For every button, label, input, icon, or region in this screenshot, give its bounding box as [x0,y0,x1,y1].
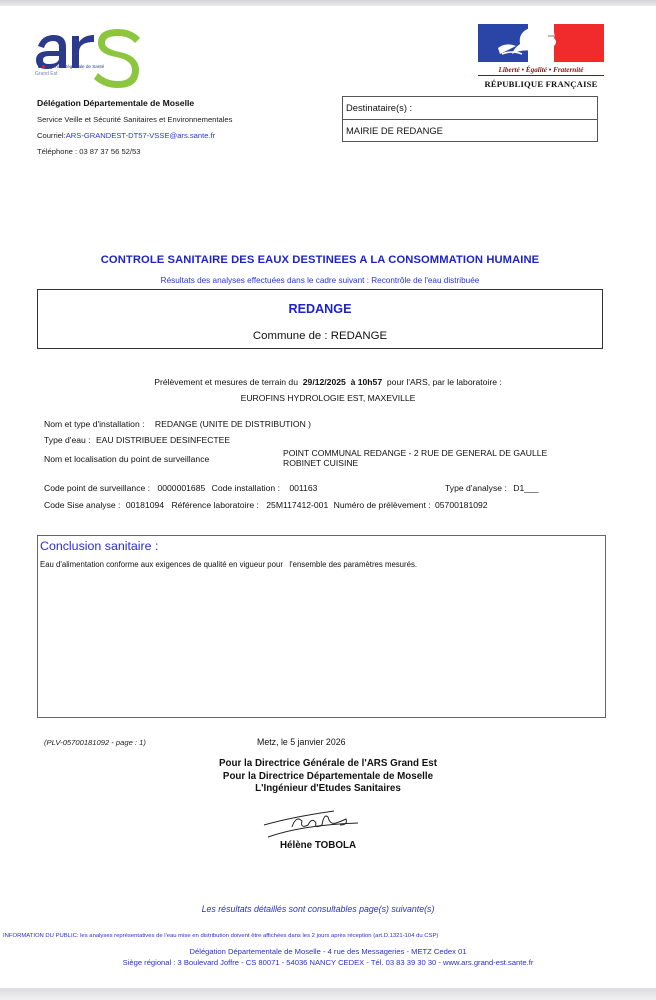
conclusion-text: Eau d'alimentation conforme aux exigence… [40,560,417,569]
marianne-flag-icon [478,24,604,62]
ars-logo-icon [32,22,152,92]
headquarters-address: Siège régional : 3 Boulevard Joffre - CS… [0,958,656,967]
signer-name: Hélène TOBOLA [0,840,636,851]
laboratory-name: EUROFINS HYDROLOGIE EST, MAXEVILLE [0,390,656,406]
commune-label: Commune de : REDANGE [38,330,602,342]
public-information: INFORMATION DU PUBLIC: les analyses repr… [3,933,653,939]
commune-box: REDANGE Commune de : REDANGE [37,289,603,349]
conclusion-title: Conclusion sanitaire : [40,539,158,553]
email-link[interactable]: ARS-GRANDEST-DT57-VSSE@ars.sante.fr [66,131,216,140]
sender-block: Délégation Départementale de Moselle Ser… [37,94,232,160]
page-reference: (PLV-05700181092 - page : 1) [44,738,146,747]
analysis-type-row: Type d'analyse : D1___ [445,483,539,493]
republic-motto: Liberté • Égalité • Fraternité [478,66,604,76]
sender-email-line: Courriel:ARS-GRANDEST-DT57-VSSE@ars.sant… [37,128,232,144]
republic-name: RÉPUBLIQUE FRANÇAISE [478,79,604,89]
detailed-results-note: Les résultats détaillés sont consultable… [0,904,636,914]
installation-row: Nom et type d'installation : REDANGE (UN… [44,419,311,429]
dot-icon [42,65,45,68]
references-row: Code Sise analyse : 00181094 Référence l… [44,500,488,510]
dot-icon [38,65,41,68]
recipient-box: Destinataire(s) : MAIRIE DE REDANGE [342,96,598,142]
codes-row: Code point de surveillance : 0000001685 … [44,483,317,493]
republique-francaise-logo: Liberté • Égalité • Fraternité RÉPUBLIQU… [478,24,604,96]
document-page: Agence Régionale de Santé Grand Est Délé… [0,6,656,988]
signatory-titles: Pour la Directrice Générale de l'ARS Gra… [0,758,656,796]
sender-service: Service Veille et Sécurité Sanitaires et… [37,112,232,128]
department-address: Délégation Départementale de Moselle - 4… [0,947,656,956]
sampling-time: à 10h57 [351,377,383,387]
recipient-value: MAIRIE DE REDANGE [343,119,597,141]
surveillance-point-label: Nom et localisation du point de surveill… [44,454,209,464]
ars-tagline: Agence Régionale de Santé [38,64,104,69]
ars-region: Grand Est [35,71,58,77]
report-title: CONTROLE SANITAIRE DES EAUX DESTINEES A … [0,254,640,266]
place-date: Metz, le 5 janvier 2026 [257,737,346,747]
conclusion-box: Conclusion sanitaire : Eau d'alimentatio… [37,535,606,718]
location-name: REDANGE [38,302,602,316]
email-label: Courriel: [37,131,66,140]
recipient-label: Destinataire(s) : [343,97,597,119]
report-subtitle: Résultats des analyses effectuées dans l… [0,276,640,285]
handwritten-signature-icon [262,803,362,841]
sampling-info: Prélèvement et mesures de terrain du 29/… [0,374,656,406]
viewer-bottom-edge [0,988,656,1000]
surveillance-point-value: POINT COMMUNAL REDANGE - 2 RUE DE GENERA… [283,448,547,468]
sender-phone: Téléphone : 03 87 37 56 52/53 [37,144,232,160]
sender-department: Délégation Départementale de Moselle [37,94,232,112]
sampling-date: 29/12/2025 [303,377,346,387]
water-type-row: Type d'eau : EAU DISTRIBUEE DESINFECTEE [44,435,230,445]
